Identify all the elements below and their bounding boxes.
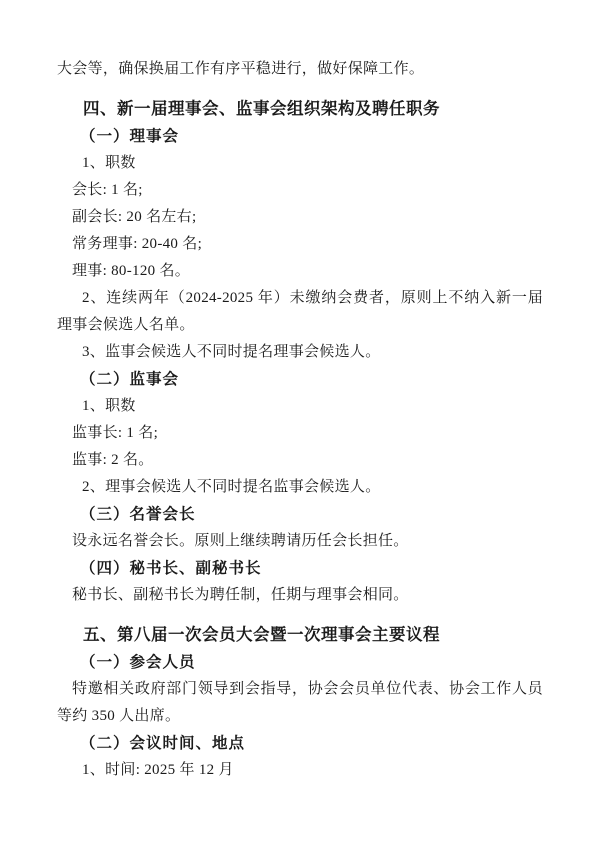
body-paragraph: 副会长: 20 名左右; xyxy=(57,204,543,231)
body-paragraph: 理事: 80-120 名。 xyxy=(57,258,543,285)
body-paragraph: 大会等，确保换届工作有序平稳进行，做好保障工作。 xyxy=(57,56,543,83)
body-paragraph: 常务理事: 20-40 名; xyxy=(57,231,543,258)
numbered-item: 1、时间: 2025 年 12 月 xyxy=(57,757,543,784)
subsection-heading: （三）名誉会长 xyxy=(57,501,543,528)
body-paragraph: 监事: 2 名。 xyxy=(57,447,543,474)
body-paragraph: 特邀相关政府部门领导到会指导，协会会员单位代表、协会工作人员等约 350 人出席… xyxy=(57,676,543,730)
section-heading: 五、第八届一次会员大会暨一次理事会主要议程 xyxy=(57,622,543,649)
subsection-heading: （二）监事会 xyxy=(57,366,543,393)
body-paragraph: 设永远名誉会长。原则上继续聘请历任会长担任。 xyxy=(57,528,543,555)
numbered-item: 2、理事会候选人不同时提名监事会候选人。 xyxy=(57,474,543,501)
numbered-item: 2、连续两年（2024-2025 年）未缴纳会费者，原则上不纳入新一届理事会候选… xyxy=(57,285,543,339)
subsection-heading: （四）秘书长、副秘书长 xyxy=(57,555,543,582)
subsection-heading: （二）会议时间、地点 xyxy=(57,730,543,757)
body-paragraph: 秘书长、副秘书长为聘任制，任期与理事会相同。 xyxy=(57,582,543,609)
document-content: 大会等，确保换届工作有序平稳进行，做好保障工作。四、新一届理事会、监事会组织架构… xyxy=(57,56,543,784)
numbered-item: 3、监事会候选人不同时提名理事会候选人。 xyxy=(57,339,543,366)
subsection-heading: （一）理事会 xyxy=(57,123,543,150)
document-page: 大会等，确保换届工作有序平稳进行，做好保障工作。四、新一届理事会、监事会组织架构… xyxy=(0,0,600,848)
body-paragraph: 会长: 1 名; xyxy=(57,177,543,204)
numbered-item: 1、职数 xyxy=(57,393,543,420)
body-paragraph: 监事长: 1 名; xyxy=(57,420,543,447)
numbered-item: 1、职数 xyxy=(57,150,543,177)
section-heading: 四、新一届理事会、监事会组织架构及聘任职务 xyxy=(57,96,543,123)
subsection-heading: （一）参会人员 xyxy=(57,649,543,676)
